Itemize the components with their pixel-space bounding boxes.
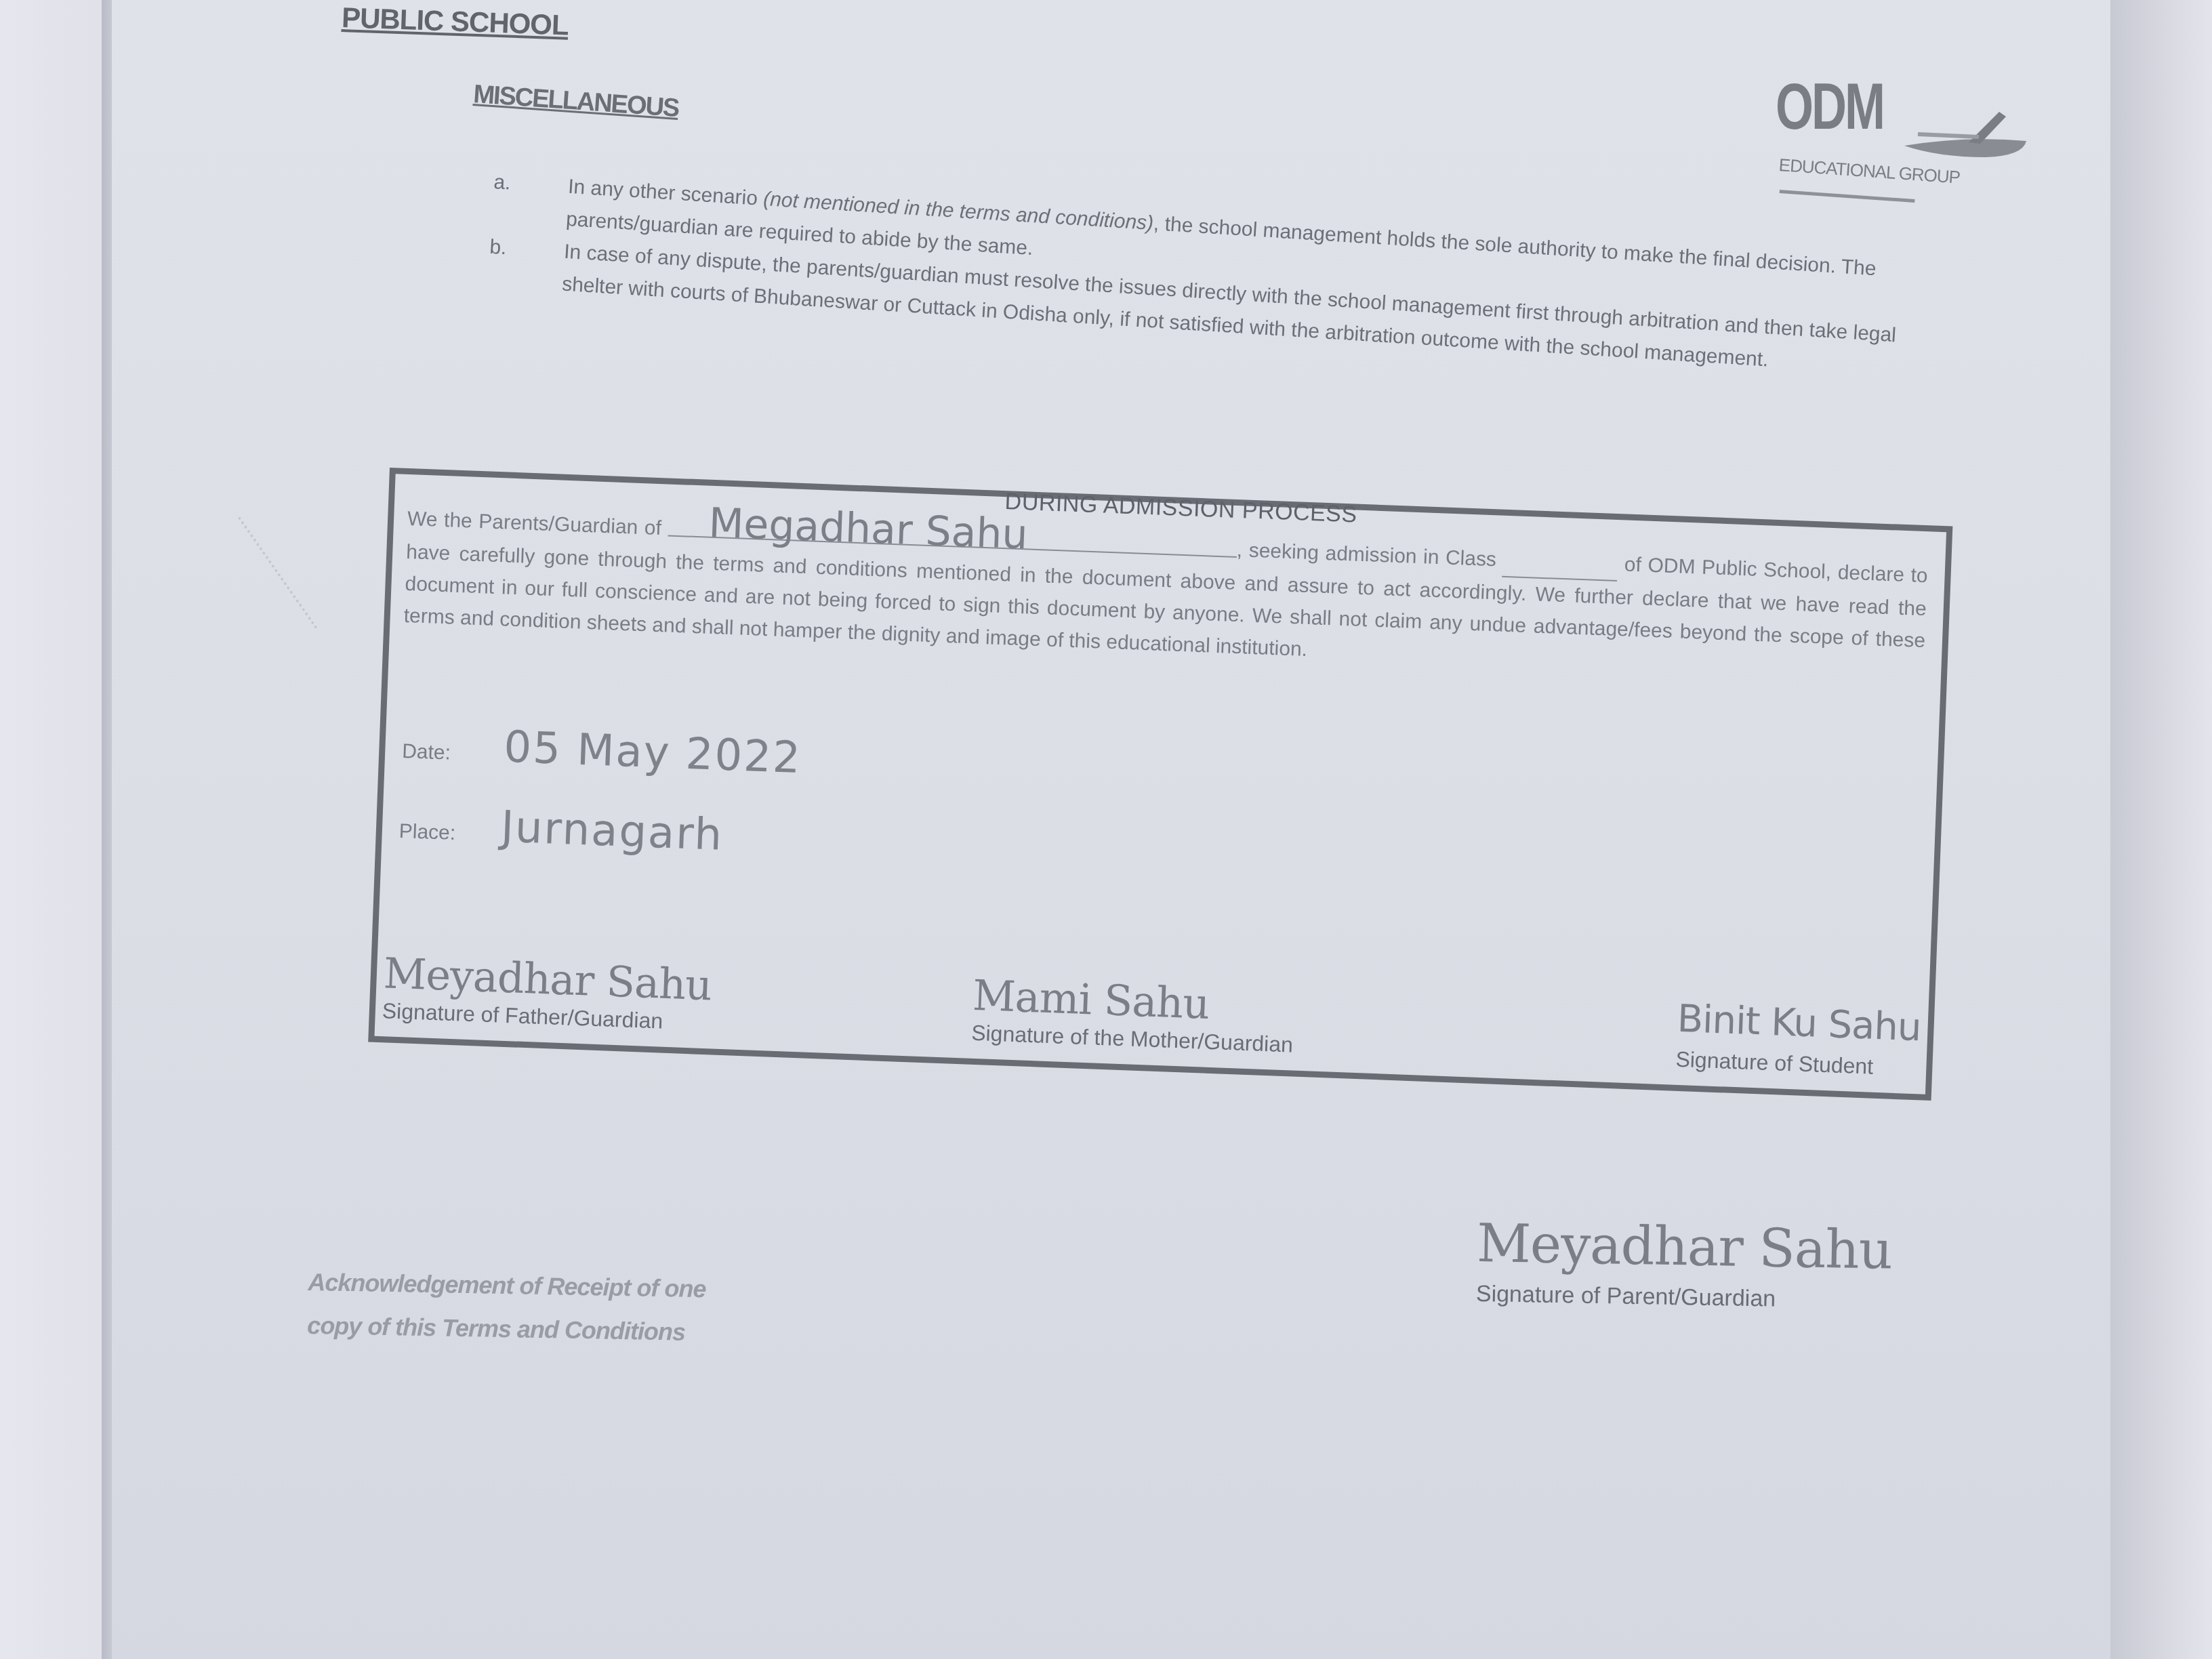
declaration-of-text: of	[1624, 553, 1641, 576]
declaration-line-start: We the Parents/Guardian of	[407, 508, 662, 539]
mother-signature-block: Mami Sahu Signature of the Mother/Guardi…	[971, 970, 1296, 1058]
background-surface-left	[0, 0, 108, 1659]
declaration-body: ODM Public School, declare to have caref…	[403, 541, 1928, 661]
acknowledgement-note: Acknowledgement of Receipt of one copy o…	[307, 1261, 706, 1354]
clause-text-part: In any other scenario	[567, 176, 764, 210]
clause-marker: a.	[491, 166, 569, 236]
background-surface-right	[2110, 0, 2212, 1659]
declaration-box: DURING ADMISSION PROCESS We the Parents/…	[368, 468, 1952, 1101]
date-row: Date: 05 May 2022	[401, 718, 802, 783]
class-field	[1502, 544, 1619, 581]
clause-marker: b.	[487, 231, 565, 301]
place-value: Jurnagarh	[500, 802, 724, 861]
father-signature-block: Meyadhar Sahu Signature of Father/Guardi…	[382, 948, 712, 1036]
logo-underline	[1780, 190, 1915, 203]
date-label: Date:	[402, 740, 504, 767]
place-row: Place: Jurnagarh	[398, 798, 724, 861]
acknowledgement-line-2: copy of this Terms and Conditions	[307, 1304, 705, 1354]
student-signature: Binit Ku Sahu	[1676, 997, 1921, 1056]
date-value: 05 May 2022	[503, 722, 802, 783]
logo-mark: ODM	[1776, 75, 1883, 140]
odm-logo: ODM EDUCATIONAL GROUP	[1776, 75, 2020, 210]
parent-signature-block: Meyadhar Sahu Signature of Parent/Guardi…	[1476, 1213, 1893, 1315]
rowing-boat-icon	[1904, 108, 2033, 163]
student-signature-block: Binit Ku Sahu Signature of Student	[1675, 997, 1922, 1081]
acknowledgement-line-1: Acknowledgement of Receipt of one	[308, 1261, 706, 1311]
seeking-admission-text: , seeking admission in Class	[1236, 539, 1496, 571]
parent-signature: Meyadhar Sahu	[1476, 1213, 1892, 1288]
declaration-text: We the Parents/Guardian of Megadhar Sahu…	[403, 498, 1929, 689]
place-label: Place:	[398, 820, 501, 847]
